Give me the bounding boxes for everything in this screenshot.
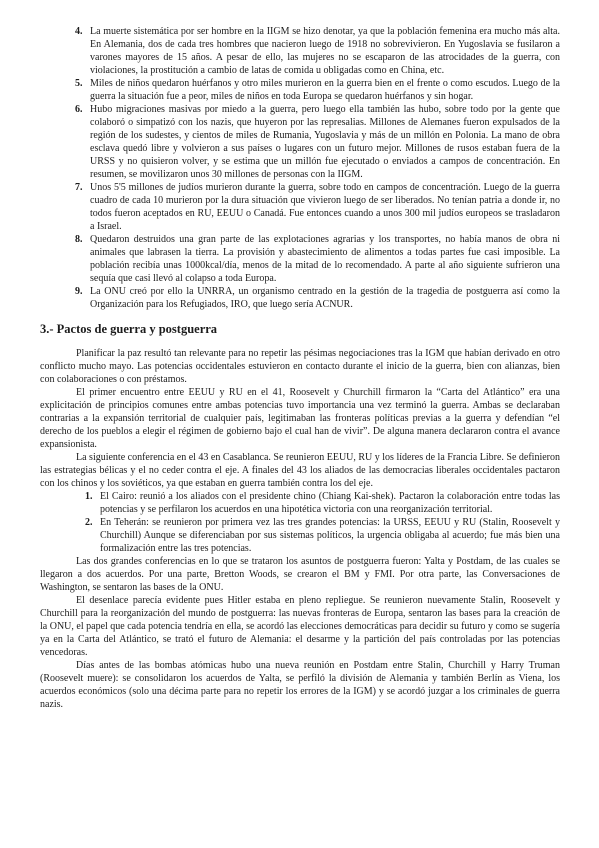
list-item: 2. En Teherán: se reunieron por primera … (85, 516, 560, 555)
list-item: 7. Unos 5'5 millones de judíos murieron … (75, 181, 560, 233)
list-item-number: 8. (75, 233, 83, 246)
list-item-number: 4. (75, 25, 83, 38)
list-item-number: 5. (75, 77, 83, 90)
numbered-list-consequences: 4. La muerte sistemática por ser hombre … (40, 25, 560, 311)
list-item-text: Hubo migraciones masivas por miedo a la … (90, 104, 560, 180)
list-item: 8. Quedaron destruidos una gran parte de… (75, 233, 560, 285)
list-item: 6. Hubo migraciones masivas por miedo a … (75, 103, 560, 181)
paragraph: Las dos grandes conferencias en lo que s… (40, 555, 560, 594)
list-item: 1. El Cairo: reunió a los aliados con el… (85, 490, 560, 516)
list-item: 4. La muerte sistemática por ser hombre … (75, 25, 560, 77)
list-item-text: Quedaron destruidos una gran parte de la… (90, 234, 560, 284)
list-item-text: La ONU creó por ello la UNRRA, un organi… (90, 286, 560, 310)
paragraph: El desenlace parecía evidente pues Hitle… (40, 594, 560, 659)
list-item-text: Unos 5'5 millones de judíos murieron dur… (90, 182, 560, 232)
numbered-list-conferences: 1. El Cairo: reunió a los aliados con el… (40, 490, 560, 555)
list-item: 9. La ONU creó por ello la UNRRA, un org… (75, 285, 560, 311)
list-item-text: La muerte sistemática por ser hombre en … (90, 26, 560, 76)
list-item-number: 2. (85, 516, 93, 529)
list-item-text: El Cairo: reunió a los aliados con el pr… (100, 491, 560, 515)
paragraph: La siguiente conferencia en el 43 en Cas… (40, 451, 560, 490)
section-heading: 3.- Pactos de guerra y postguerra (40, 322, 560, 337)
paragraph: El primer encuentro entre EEUU y RU en e… (40, 386, 560, 451)
list-item-text: En Teherán: se reunieron por primera vez… (100, 517, 560, 554)
list-item-number: 7. (75, 181, 83, 194)
document-page: 4. La muerte sistemática por ser hombre … (0, 0, 599, 848)
list-item-number: 1. (85, 490, 93, 503)
list-item-number: 6. (75, 103, 83, 116)
paragraph: Planificar la paz resultó tan relevante … (40, 347, 560, 386)
paragraph: Días antes de las bombas atómicas hubo u… (40, 659, 560, 711)
list-item-number: 9. (75, 285, 83, 298)
list-item: 5. Miles de niños quedaron huérfanos y o… (75, 77, 560, 103)
list-item-text: Miles de niños quedaron huérfanos y otro… (90, 78, 560, 102)
